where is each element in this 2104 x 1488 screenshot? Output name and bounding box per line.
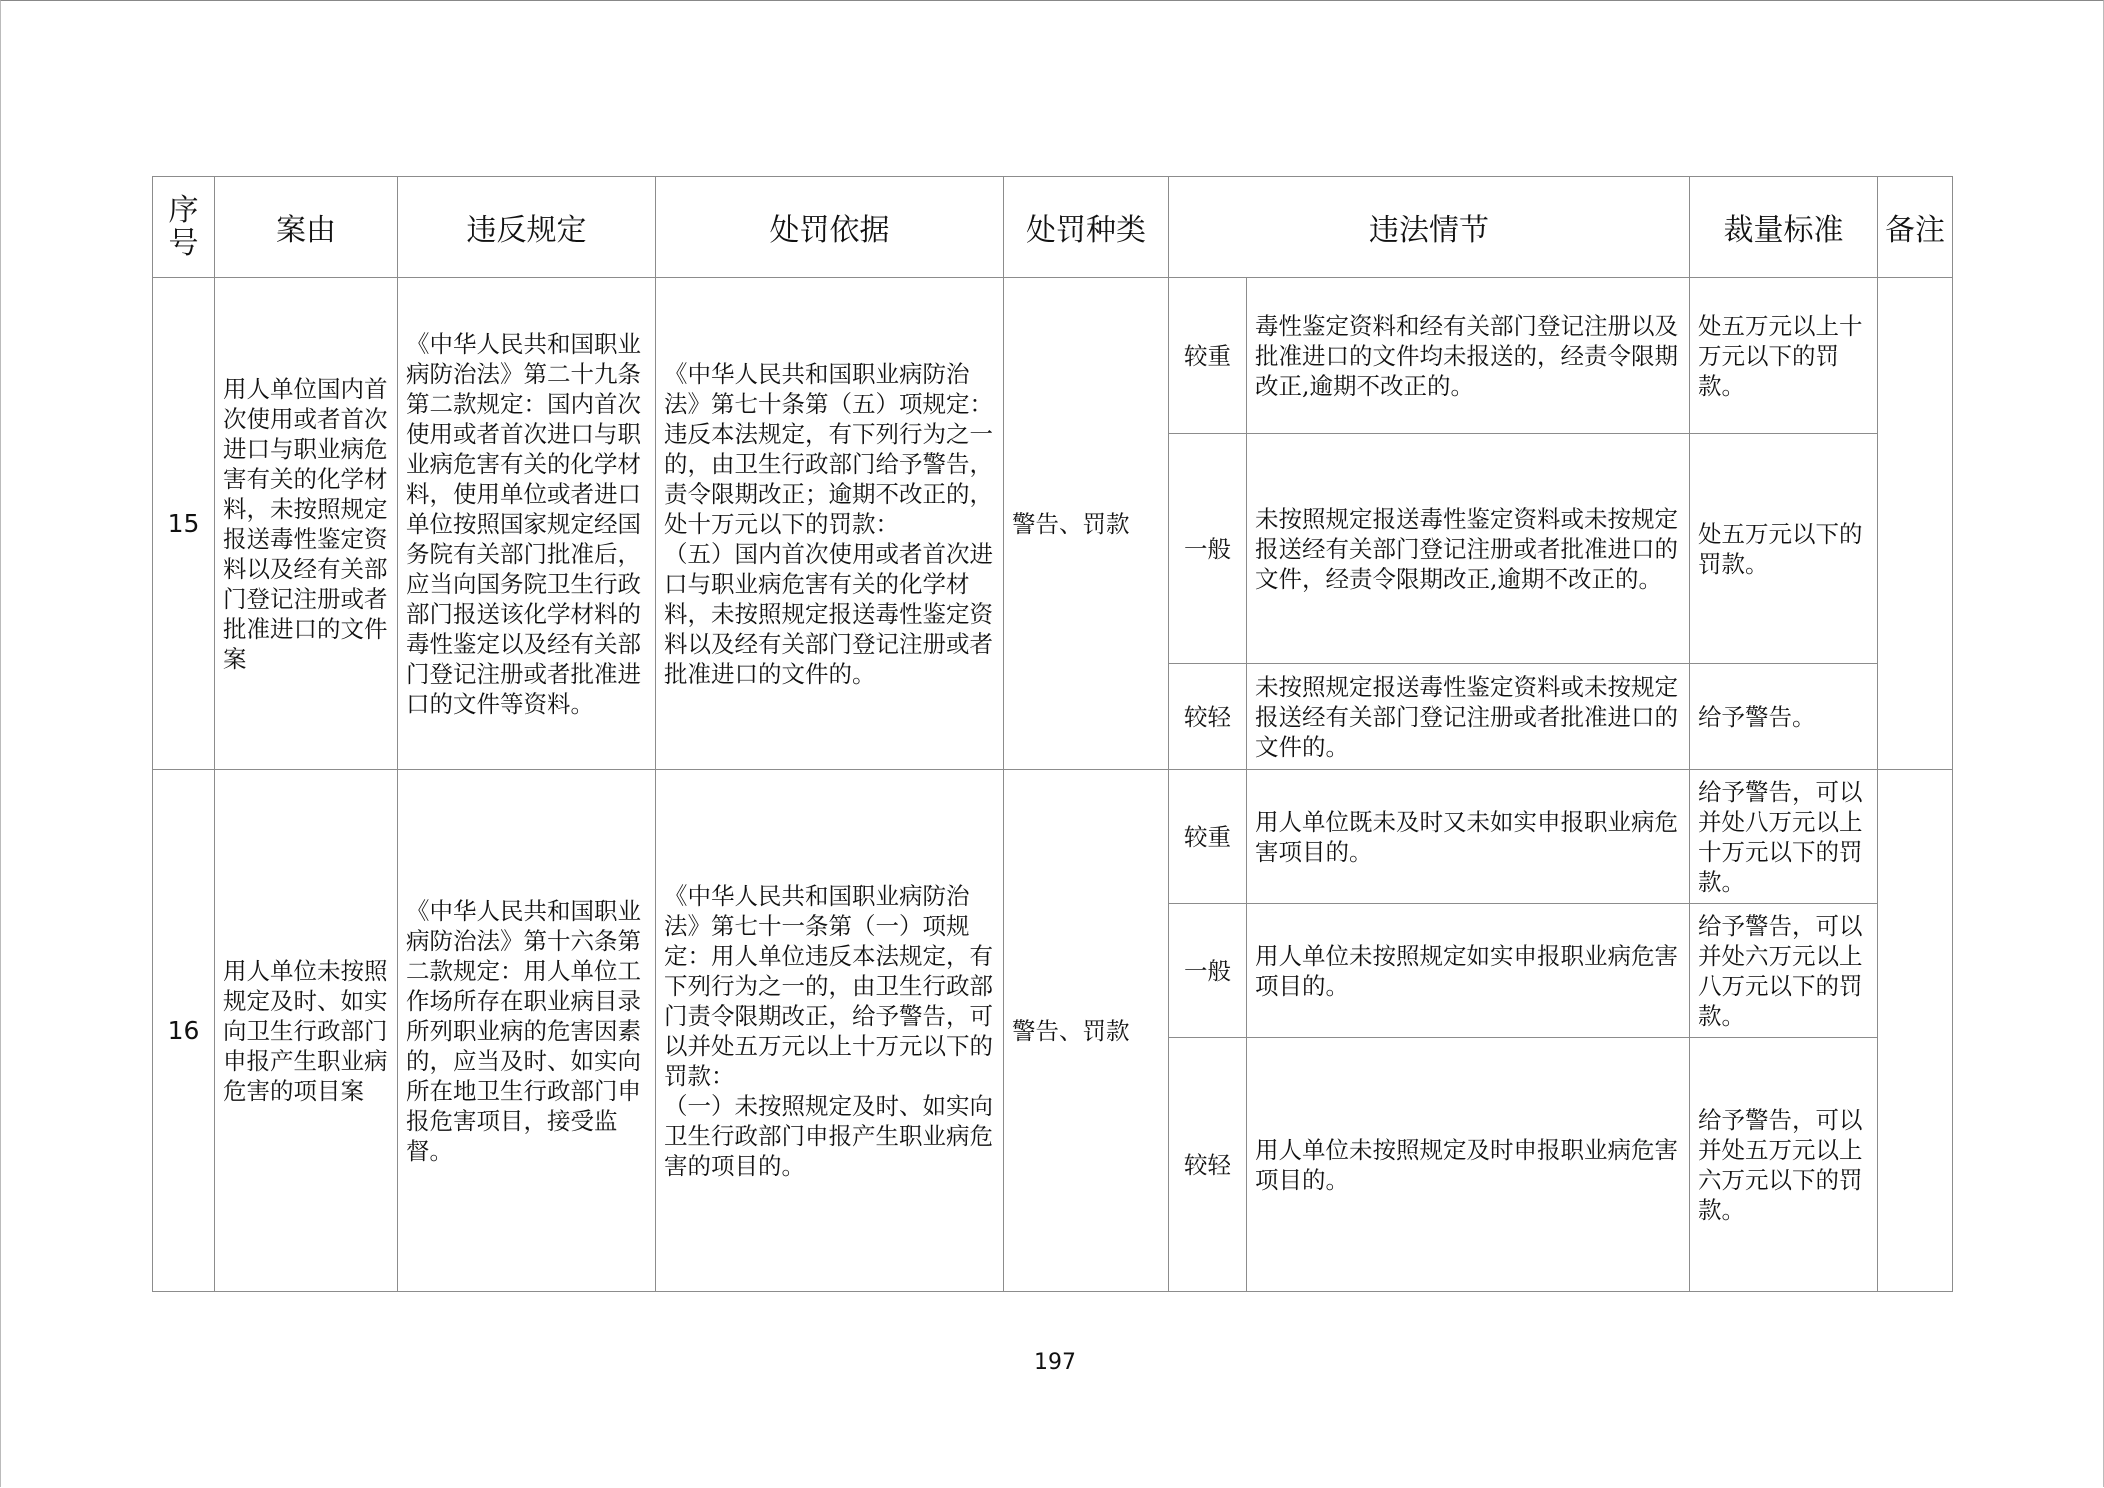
penalty-basis-main: 《中华人民共和国职业病防治法》第七十一条第（一）项规定：用人单位违反本法规定，有… <box>656 881 1003 1091</box>
penalty-basis-main: 《中华人民共和国职业病防治法》第七十条第（五）项规定：违反本法规定，有下列行为之… <box>656 359 1003 539</box>
circumstance-text: 未按照规定报送毒性鉴定资料或未按规定报送经有关部门登记注册或者批准进口的文件的。 <box>1247 672 1689 762</box>
table-row: 16 用人单位未按照规定及时、如实向卫生行政部门申报产生职业病危害的项目案 《中… <box>153 770 1953 904</box>
penalty-type-text: 警告、罚款 <box>1004 1016 1168 1046</box>
header-violated-provision: 违反规定 <box>398 177 656 278</box>
violated-provision-text: 《中华人民共和国职业病防治法》第二十九条第二款规定：国内首次使用或者首次进口与职… <box>398 329 655 719</box>
standard-text: 给予警告，可以并处六万元以上八万元以下的罚款。 <box>1690 911 1877 1031</box>
penalty-type-text: 警告、罚款 <box>1004 509 1168 539</box>
cause-text: 用人单位未按照规定及时、如实向卫生行政部门申报产生职业病危害的项目案 <box>215 956 397 1106</box>
violated-provision-cell: 《中华人民共和国职业病防治法》第二十九条第二款规定：国内首次使用或者首次进口与职… <box>398 278 656 770</box>
standard-cell: 给予警告，可以并处六万元以上八万元以下的罚款。 <box>1690 904 1878 1038</box>
table-row: 15 用人单位国内首次使用或者首次进口与职业病危害有关的化学材料，未按照规定报送… <box>153 278 1953 434</box>
circumstance-cell: 用人单位未按照规定及时申报职业病危害项目的。 <box>1247 1038 1690 1292</box>
cause-cell: 用人单位未按照规定及时、如实向卫生行政部门申报产生职业病危害的项目案 <box>215 770 398 1292</box>
violated-provision-text: 《中华人民共和国职业病防治法》第十六条第二款规定：用人单位工作场所存在职业病目录… <box>398 896 655 1166</box>
table-header-row: 序号 案由 违反规定 处罚依据 处罚种类 违法情节 裁量标准 备注 <box>153 177 1953 278</box>
standard-text: 给予警告。 <box>1690 702 1877 732</box>
standard-cell: 处五万元以下的罚款。 <box>1690 434 1878 664</box>
standard-cell: 给予警告，可以并处八万元以上十万元以下的罚款。 <box>1690 770 1878 904</box>
penalty-basis-cell: 《中华人民共和国职业病防治法》第七十条第（五）项规定：违反本法规定，有下列行为之… <box>656 278 1004 770</box>
header-seq: 序号 <box>153 177 215 278</box>
level-cell: 较轻 <box>1169 1038 1247 1292</box>
penalty-type-cell: 警告、罚款 <box>1004 278 1169 770</box>
circumstance-text: 用人单位既未及时又未如实申报职业病危害项目的。 <box>1247 807 1689 867</box>
cause-text: 用人单位国内首次使用或者首次进口与职业病危害有关的化学材料，未按照规定报送毒性鉴… <box>215 374 397 674</box>
header-circumstances: 违法情节 <box>1169 177 1690 278</box>
cause-cell: 用人单位国内首次使用或者首次进口与职业病危害有关的化学材料，未按照规定报送毒性鉴… <box>215 278 398 770</box>
circumstance-cell: 未按照规定报送毒性鉴定资料或未按规定报送经有关部门登记注册或者批准进口的文件的。 <box>1247 664 1690 770</box>
header-discretion-standard: 裁量标准 <box>1690 177 1878 278</box>
remarks-cell <box>1878 770 1953 1292</box>
standard-text: 处五万元以上十万元以下的罚款。 <box>1690 311 1877 401</box>
seq-cell: 15 <box>153 278 215 770</box>
standard-cell: 处五万元以上十万元以下的罚款。 <box>1690 278 1878 434</box>
level-cell: 较重 <box>1169 278 1247 434</box>
page-number: 197 <box>1034 1350 1074 1375</box>
penalty-basis-cell: 《中华人民共和国职业病防治法》第七十一条第（一）项规定：用人单位违反本法规定，有… <box>656 770 1004 1292</box>
circumstance-text: 用人单位未按照规定及时申报职业病危害项目的。 <box>1247 1135 1689 1195</box>
circumstance-cell: 毒性鉴定资料和经有关部门登记注册以及批准进口的文件均未报送的，经责令限期改正,逾… <box>1247 278 1690 434</box>
circumstance-cell: 用人单位既未及时又未如实申报职业病危害项目的。 <box>1247 770 1690 904</box>
level-cell: 一般 <box>1169 434 1247 664</box>
circumstance-text: 毒性鉴定资料和经有关部门登记注册以及批准进口的文件均未报送的，经责令限期改正,逾… <box>1247 311 1689 401</box>
header-penalty-type: 处罚种类 <box>1004 177 1169 278</box>
circumstance-cell: 未按照规定报送毒性鉴定资料或未按规定报送经有关部门登记注册或者批准进口的文件，经… <box>1247 434 1690 664</box>
level-cell: 较轻 <box>1169 664 1247 770</box>
header-cause: 案由 <box>215 177 398 278</box>
standard-cell: 给予警告，可以并处五万元以上六万元以下的罚款。 <box>1690 1038 1878 1292</box>
standard-text: 给予警告，可以并处五万元以上六万元以下的罚款。 <box>1690 1105 1877 1225</box>
standard-text: 给予警告，可以并处八万元以上十万元以下的罚款。 <box>1690 777 1877 897</box>
seq-cell: 16 <box>153 770 215 1292</box>
header-remarks: 备注 <box>1878 177 1953 278</box>
header-penalty-basis: 处罚依据 <box>656 177 1004 278</box>
remarks-cell <box>1878 278 1953 770</box>
penalty-discretion-table: 序号 案由 违反规定 处罚依据 处罚种类 违法情节 裁量标准 备注 15 用人单… <box>152 176 1953 1292</box>
penalty-basis-item: （一）未按照规定及时、如实向卫生行政部门申报产生职业病危害的项目的。 <box>656 1091 1003 1181</box>
level-cell: 较重 <box>1169 770 1247 904</box>
standard-text: 处五万元以下的罚款。 <box>1690 519 1877 579</box>
circumstance-text: 用人单位未按照规定如实申报职业病危害项目的。 <box>1247 941 1689 1001</box>
circumstance-cell: 用人单位未按照规定如实申报职业病危害项目的。 <box>1247 904 1690 1038</box>
standard-cell: 给予警告。 <box>1690 664 1878 770</box>
violated-provision-cell: 《中华人民共和国职业病防治法》第十六条第二款规定：用人单位工作场所存在职业病目录… <box>398 770 656 1292</box>
penalty-type-cell: 警告、罚款 <box>1004 770 1169 1292</box>
circumstance-text: 未按照规定报送毒性鉴定资料或未按规定报送经有关部门登记注册或者批准进口的文件，经… <box>1247 504 1689 594</box>
penalty-basis-item: （五）国内首次使用或者首次进口与职业病危害有关的化学材料，未按照规定报送毒性鉴定… <box>656 539 1003 689</box>
level-cell: 一般 <box>1169 904 1247 1038</box>
